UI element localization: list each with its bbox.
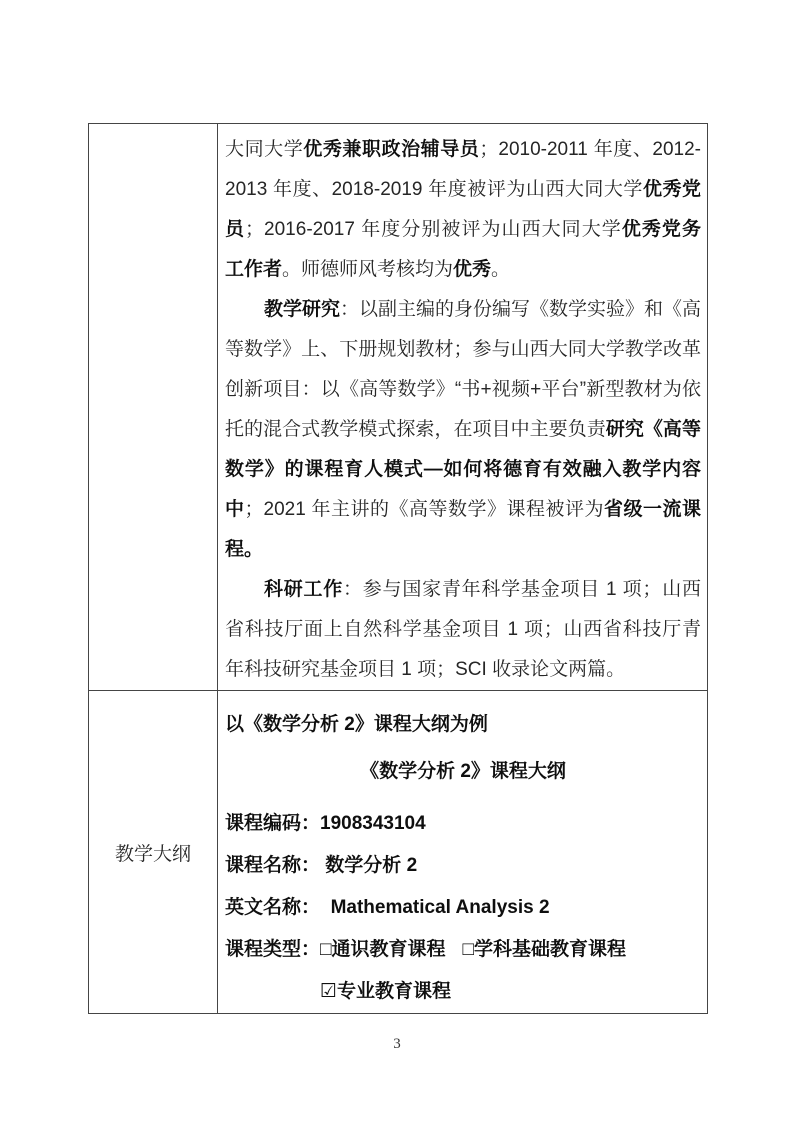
bold-text-run: 优秀兼职政治辅导员 [303,139,479,160]
option-general-education-label: 通识教育课程 [332,939,446,960]
course-name-value: 数学分析 2 [320,855,417,876]
option-general-education: □通识教育课程 [320,939,446,960]
field-course-code: 课程编码：1908343104 [225,803,701,845]
syllabus-title: 《数学分析 2》课程大纲 [225,751,701,793]
page-number: 3 [0,1036,794,1053]
field-course-name: 课程名称： 数学分析 2 [225,845,701,887]
syllabus-block: 以《数学分析 2》课程大纲为例 《数学分析 2》课程大纲 课程编码：190834… [218,691,707,1013]
achievements-text-block: 大同大学优秀兼职政治辅导员；2010-2011 年度、2012-2013 年度、… [218,124,707,690]
bold-text-run: 优秀 [453,259,491,280]
english-name-label: 英文名称： [225,897,320,918]
text-run: 。师德师风考核均为 [282,259,453,280]
option-discipline-foundation: □学科基础教育课程 [463,939,627,960]
option-discipline-foundation-label: 学科基础教育课程 [474,939,626,960]
text-run: ；2016-2017 年度分别被评为山西大同大学 [245,219,622,240]
course-name-label: 课程名称： [225,855,320,876]
english-name-value: Mathematical Analysis 2 [320,897,550,918]
course-code-value: 1908343104 [320,813,426,834]
honors-paragraph: 大同大学优秀兼职政治辅导员；2010-2011 年度、2012-2013 年度、… [225,130,701,290]
achievements-row: 大同大学优秀兼职政治辅导员；2010-2011 年度、2012-2013 年度、… [89,124,708,691]
option-professional-education: ☑专业教育课程 [320,981,451,1002]
field-english-name: 英文名称： Mathematical Analysis 2 [225,887,701,929]
syllabus-row: 教学大纲 以《数学分析 2》课程大纲为例 《数学分析 2》课程大纲 课程编码：1… [89,691,708,1014]
teacher-profile-table: 大同大学优秀兼职政治辅导员；2010-2011 年度、2012-2013 年度、… [88,123,708,1014]
text-run: ；2021 年主讲的《高等数学》课程被评为 [245,499,604,520]
syllabus-example-note: 以《数学分析 2》课程大纲为例 [225,704,701,746]
checkbox-unchecked-icon: □ [320,939,331,960]
teaching-research-paragraph: 教学研究：以副主编的身份编写《数学实验》和《高等数学》上、下册规划教材；参与山西… [225,290,701,570]
course-code-label: 课程编码： [225,813,320,834]
bold-text-run: 科研工作 [264,579,343,600]
course-type-line1: 课程类型：□通识教育课程□学科基础教育课程 [225,929,701,971]
text-run: 大同大学 [225,139,303,160]
course-type-label: 课程类型： [225,939,320,960]
syllabus-content-cell: 以《数学分析 2》课程大纲为例 《数学分析 2》课程大纲 课程编码：190834… [218,691,708,1014]
achievements-content-cell: 大同大学优秀兼职政治辅导员；2010-2011 年度、2012-2013 年度、… [218,124,708,691]
text-run: 。 [491,259,510,280]
option-professional-education-label: 专业教育课程 [337,981,451,1002]
research-work-paragraph: 科研工作：参与国家青年科学基金项目 1 项；山西省科技厅面上自然科学基金项目 1… [225,570,701,690]
checkbox-unchecked-icon: □ [463,939,474,960]
bold-text-run: 教学研究 [264,299,340,320]
checkbox-checked-icon: ☑ [320,981,337,1002]
syllabus-label-cell: 教学大纲 [89,691,218,1014]
achievements-label-cell [89,124,218,691]
course-type-line2: ☑专业教育课程 [225,971,701,1013]
syllabus-row-label: 教学大纲 [115,844,191,865]
